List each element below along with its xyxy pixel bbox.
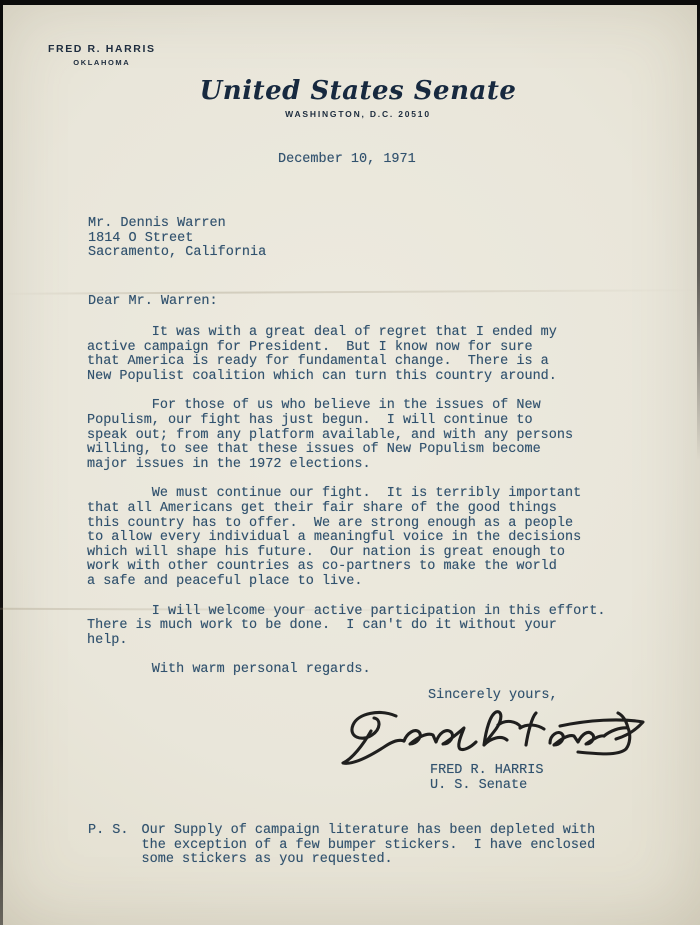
scan-edge-top xyxy=(0,0,700,5)
salutation: Dear Mr. Warren: xyxy=(88,295,218,310)
body-paragraph: It was with a great deal of regret that … xyxy=(87,326,647,384)
date-line: December 10, 1971 xyxy=(278,153,416,168)
postscript-block: P. S. Our Supply of campaign literature … xyxy=(88,824,595,868)
typed-signature-block: FRED R. HARRIS U. S. Senate xyxy=(430,764,543,793)
masthead-title: United States Senate xyxy=(200,76,517,106)
postscript-text: Our Supply of campaign literature has be… xyxy=(142,824,596,868)
letter-page: FRED R. HARRIS OKLAHOMA United States Se… xyxy=(0,0,700,925)
scan-edge-left xyxy=(0,0,3,925)
body-paragraph: We must continue our fight. It is terrib… xyxy=(87,487,647,589)
body-paragraph: I will welcome your active participation… xyxy=(87,605,647,649)
letterhead-sender-block: FRED R. HARRIS OKLAHOMA xyxy=(48,43,156,67)
body-paragraph: For those of us who believe in the issue… xyxy=(87,399,647,472)
regards-line: With warm personal regards. xyxy=(87,663,647,678)
sender-name: FRED R. HARRIS xyxy=(48,43,156,55)
handwritten-signature-fred-r-harris xyxy=(338,704,650,770)
masthead-city-line: WASHINGTON, D.C. 20510 xyxy=(285,109,431,119)
postscript-label: P. S. xyxy=(88,824,129,868)
recipient-address-block: Mr. Dennis Warren 1814 O Street Sacramen… xyxy=(88,217,266,261)
letter-body: It was with a great deal of regret that … xyxy=(87,326,647,678)
sender-state: OKLAHOMA xyxy=(48,58,156,67)
closing-sincerely: Sincerely yours, xyxy=(428,689,558,704)
